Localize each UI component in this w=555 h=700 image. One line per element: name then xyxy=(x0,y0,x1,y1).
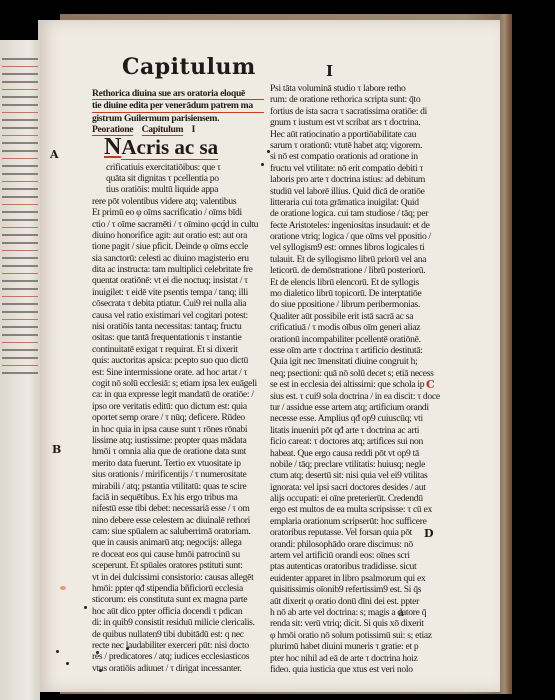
signature-mark: a xyxy=(398,608,404,619)
text-line: litatis inueniri pōt qđ arte τ doctrina … xyxy=(270,425,442,436)
text-line: res / predicatores / atq; iudices eccles… xyxy=(92,651,264,662)
text-line: litteraria cui tota grāmatica inuigilat:… xyxy=(270,197,442,208)
text-line: sius orationis / mirificentijs / τ numer… xyxy=(92,469,264,480)
text-line: Quia igit nec īmensitati diuine congruit… xyxy=(270,356,442,367)
text-line: dita ac instructa: tam multiplici celebr… xyxy=(92,264,264,275)
text-line: mirabili / atq; pstantia vtilitatū: quas… xyxy=(92,481,264,492)
text-line: orationū incompabiliter pcellentē oratiō… xyxy=(270,334,442,345)
red-ink-stain xyxy=(60,586,66,590)
text-line: alijs occupati: ei oīne preterierūt. Cre… xyxy=(270,493,442,504)
text-line: faciā in sequētibus. Ex his ergo tribus … xyxy=(92,492,264,503)
text-line: se est in ecclesia dei altissimi: que sc… xyxy=(270,379,442,390)
text-line: fideo. quia iusticia que xtus est veri n… xyxy=(270,664,442,675)
text-line: fructu vel vtilitate: nō erit compatio d… xyxy=(270,163,442,174)
text-line: sceperunt. Et spūales oratores pstituti … xyxy=(92,560,264,571)
wormhole-mark xyxy=(66,662,69,665)
wormhole-mark xyxy=(126,647,129,650)
text-line: ficio careat: τ doctores atq; artifices … xyxy=(270,436,442,447)
margin-letter-a: A xyxy=(50,148,59,161)
text-line: leticorū. de demōstratione / librū poste… xyxy=(270,265,442,276)
text-line: nisi oratiōis tanta necessitas: tantaq; … xyxy=(92,321,264,332)
indented-lines: crificatiuis exercitatiōibus: que τ quāt… xyxy=(106,162,264,196)
wormhole-mark xyxy=(261,163,264,166)
text-line: neq; psectioni: quā nō solū decet s; eti… xyxy=(270,368,442,379)
text-line: vtus oratiōis adiuuet / τ dirigat incess… xyxy=(92,663,264,674)
wormhole-mark xyxy=(96,651,99,654)
text-line: hoc aūt dico ppter officia docendi τ pdi… xyxy=(92,606,264,617)
text-line: diuino honorifice agit: aut oratio est: … xyxy=(92,230,264,241)
text-line: ca: in qua expresse legit mandatū de ora… xyxy=(92,389,264,400)
facing-page-text xyxy=(2,58,38,380)
text-line: quisitissimis oīonib9 refertissim9 est. … xyxy=(270,584,442,595)
text-line: aūt dixerit φ oratio donū dīni dei est. … xyxy=(270,596,442,607)
text-line: sius est. τ cui9 sola doctrina / in ea d… xyxy=(270,391,442,402)
text-line: continuitatē exigat τ requirat. Et si di… xyxy=(92,344,264,355)
text-line: que in causis animarū atq; negocijs: all… xyxy=(92,537,264,548)
text-line: orandi: philosophādo orare discimus: nō xyxy=(270,539,442,550)
text-line: φ hmōi oratio nō solum potissimū sui: s;… xyxy=(270,630,442,641)
text-line: re doceat eos qui cause hmōi patrocinū s… xyxy=(92,549,264,560)
text-line: cōsecrata τ debita ptiatur. Cui9 rei nul… xyxy=(92,298,264,309)
text-line: ipso ore veritatis editū: quo dictum est… xyxy=(92,401,264,412)
text-line: studiū vel laborē illius. Quid dicā de o… xyxy=(270,186,442,197)
text-line: crificatiuā / τ modis oībus oīm generi a… xyxy=(270,322,442,333)
text-line: artem vel artificiū orandi eos: oīnes sc… xyxy=(270,550,442,561)
text-line: causa vel ratio existimari vel cogitari … xyxy=(92,310,264,321)
text-line: ignorata: vel ipsi sacri doctores deside… xyxy=(270,482,442,493)
text-line: quis: auctoritas apsica: pcepto suo quo … xyxy=(92,355,264,366)
text-line: tione pagit / siue pficit. Deinde φ oīms… xyxy=(92,241,264,252)
right-column: Psi tāta voluminā studio τ labore retho … xyxy=(270,83,442,675)
text-line: nino debere esse celestem ac diuinalē re… xyxy=(92,515,264,526)
text-line: lissime atq; iustissime: propter quas mā… xyxy=(92,435,264,446)
text-line: plurimū habet diuini muneris τ gratie: e… xyxy=(270,641,442,652)
text-line: rum: de oratione rethorica scripta sunt:… xyxy=(270,94,442,105)
text-line: esse oīm arte τ doctrina τ artificio des… xyxy=(270,345,442,356)
text-line: h nō ab arte vel doctrina: s; magis a da… xyxy=(270,607,442,618)
wormhole-mark xyxy=(99,669,102,672)
wormhole-mark xyxy=(56,650,59,653)
text-line: ositas: que tantā frequentationis τ inst… xyxy=(92,332,264,343)
margin-letter-c: C xyxy=(426,378,435,391)
text-line: ergo est multos de ea multa scripsisse: … xyxy=(270,504,442,515)
text-line: mo dialetico librū topicorū. De interpta… xyxy=(270,288,442,299)
text-line: cam: siue spūalem ac saluberrimā oratori… xyxy=(92,526,264,537)
text-line: hmōi τ omnia alia que de oratione data s… xyxy=(92,446,264,457)
page-edge-right xyxy=(500,14,512,694)
text-line: do siue ppositione / librum peribermonia… xyxy=(270,299,442,310)
text-line: tulauit. Et de syllogismo librū priorū v… xyxy=(270,254,442,265)
text-line: de quibus nullaten9 tibi dubitādū est: q… xyxy=(92,629,264,640)
opening-words: NAcris ac sa xyxy=(104,136,264,162)
running-title: Capitulum xyxy=(122,54,256,80)
text-line: nifestū esse tibi debet: necessariā esse… xyxy=(92,503,264,514)
text-line: renda sit: verū vtriq; dicit. Si quis xō… xyxy=(270,618,442,629)
text-line: quāta sit dignitas τ pcellentia po xyxy=(106,173,264,184)
facing-page-curl xyxy=(0,40,40,700)
text-line: hmōi: ppter qđ stipendia bñficiorū eccle… xyxy=(92,583,264,594)
text-line: sia sanctorū: celesti ac diuino magister… xyxy=(92,253,264,264)
text-line: est: Sine intermissione orate. ad hoc ar… xyxy=(92,367,264,378)
left-column: Rethorica diuina sue ars oratoria eloquē… xyxy=(92,88,264,674)
text-line: Psi tāta voluminā studio τ labore retho xyxy=(270,83,442,94)
text-line: nobile / tāq; preclare vtilitatis: huius… xyxy=(270,459,442,470)
text-line: ctio / τ oīme sacramēti / τ oīmino φcq́d… xyxy=(92,219,264,230)
text-line: necesse esse. Amplius qđ op9 cuiuscūq; v… xyxy=(270,413,442,424)
text-line: di: in quib9 consistit residuū milicie c… xyxy=(92,617,264,628)
text-line: fecte Aristoteles: ingeniositas insudaui… xyxy=(270,220,442,231)
text-line: Et de elencis librū elencorū. Et de syll… xyxy=(270,277,442,288)
text-line: tur / assidue esse artem atq; artificium… xyxy=(270,402,442,413)
text-line: habeat. Que ergo causa reddi pōt vt op9 … xyxy=(270,448,442,459)
margin-letter-b: B xyxy=(52,443,61,456)
text-line: sarum τ orationū: vtutē habet atq; vigor… xyxy=(270,140,442,151)
text-line: gnum τ iustum est vt scribat ars τ doctr… xyxy=(270,117,442,128)
text-line: Qualiter aūt possibile erit istā sacrā a… xyxy=(270,311,442,322)
text-line: de oratione logica. cui tam studiose / t… xyxy=(270,208,442,219)
folio-number: I xyxy=(326,62,333,80)
text-line: rere pōt volentibus videre atq; valentib… xyxy=(92,196,264,207)
text-line: oratione vtriq; logica / que oīms vel pp… xyxy=(270,231,442,242)
text-line: vel syllogism9 est: omnes libros logical… xyxy=(270,242,442,253)
incipit-line: Rethorica diuina sue ars oratoria eloquē xyxy=(92,88,264,100)
text-line: quentat oratiōnē: vt ei die noctuq; insi… xyxy=(92,275,264,286)
text-line: recte nec laudabiliter exerceri pūt: nis… xyxy=(92,640,264,651)
text-line: fortius de ista sacra τ sacratissima ora… xyxy=(270,106,442,117)
text-line: laboris pro arte τ doctrina istius: ad d… xyxy=(270,174,442,185)
text-line: in hoc quia in ipsa cause sunt τ rōnes r… xyxy=(92,424,264,435)
text-line: euidenter apparet in libro psalmorum qui… xyxy=(270,573,442,584)
margin-letter-d: D xyxy=(424,527,434,540)
text-line: vt in dei dulcissimi consistorio: causas… xyxy=(92,572,264,583)
incipit-line: tie diuine edita per venerādum patrem ma xyxy=(92,100,264,112)
text-line: cogit nō solū ecclesiā: s; etiam ipsa le… xyxy=(92,378,264,389)
text-line: emplaria orationum scripserūt: hoc suffi… xyxy=(270,516,442,527)
running-title-text: Capitulum xyxy=(122,54,256,80)
wormhole-mark xyxy=(84,606,87,609)
text-line: Et primū eo φ oīms sacrificatio / oīms b… xyxy=(92,207,264,218)
text-line: si nō est compatio orationis ad oratione… xyxy=(270,151,442,162)
text-line: ptas autenticas oratoribus tradidisse. s… xyxy=(270,561,442,572)
text-line: sticorum: eis constituta sunt ex magna p… xyxy=(92,594,264,605)
decorated-initial: N xyxy=(104,134,121,160)
text-line: Hec aūt ratiocinatio a pportiōabilitate … xyxy=(270,129,442,140)
wormhole-mark xyxy=(267,150,270,153)
incipit-line: gistrum Guilermum parisiensem. xyxy=(92,113,264,124)
text-line: pter hoc nihil ad eā de arte τ doctrina … xyxy=(270,653,442,664)
text-line: merito data fuerunt. Tertio ex vtuositat… xyxy=(92,458,264,469)
text-line: oratoribus reputasse. Vel forsan quia pō… xyxy=(270,527,442,538)
text-line: ctum atq; desertū sit: nisi quia vel ei9… xyxy=(270,470,442,481)
text-line: tius oratiōis: multū liquide appa xyxy=(106,184,264,195)
text-line: crificatiuis exercitatiōibus: que τ xyxy=(106,162,264,173)
text-line: oportet semp orare / τ nūq; deficere. Rū… xyxy=(92,412,264,423)
text-line: inuigilet: τ eidē vite psentis tempa / t… xyxy=(92,287,264,298)
